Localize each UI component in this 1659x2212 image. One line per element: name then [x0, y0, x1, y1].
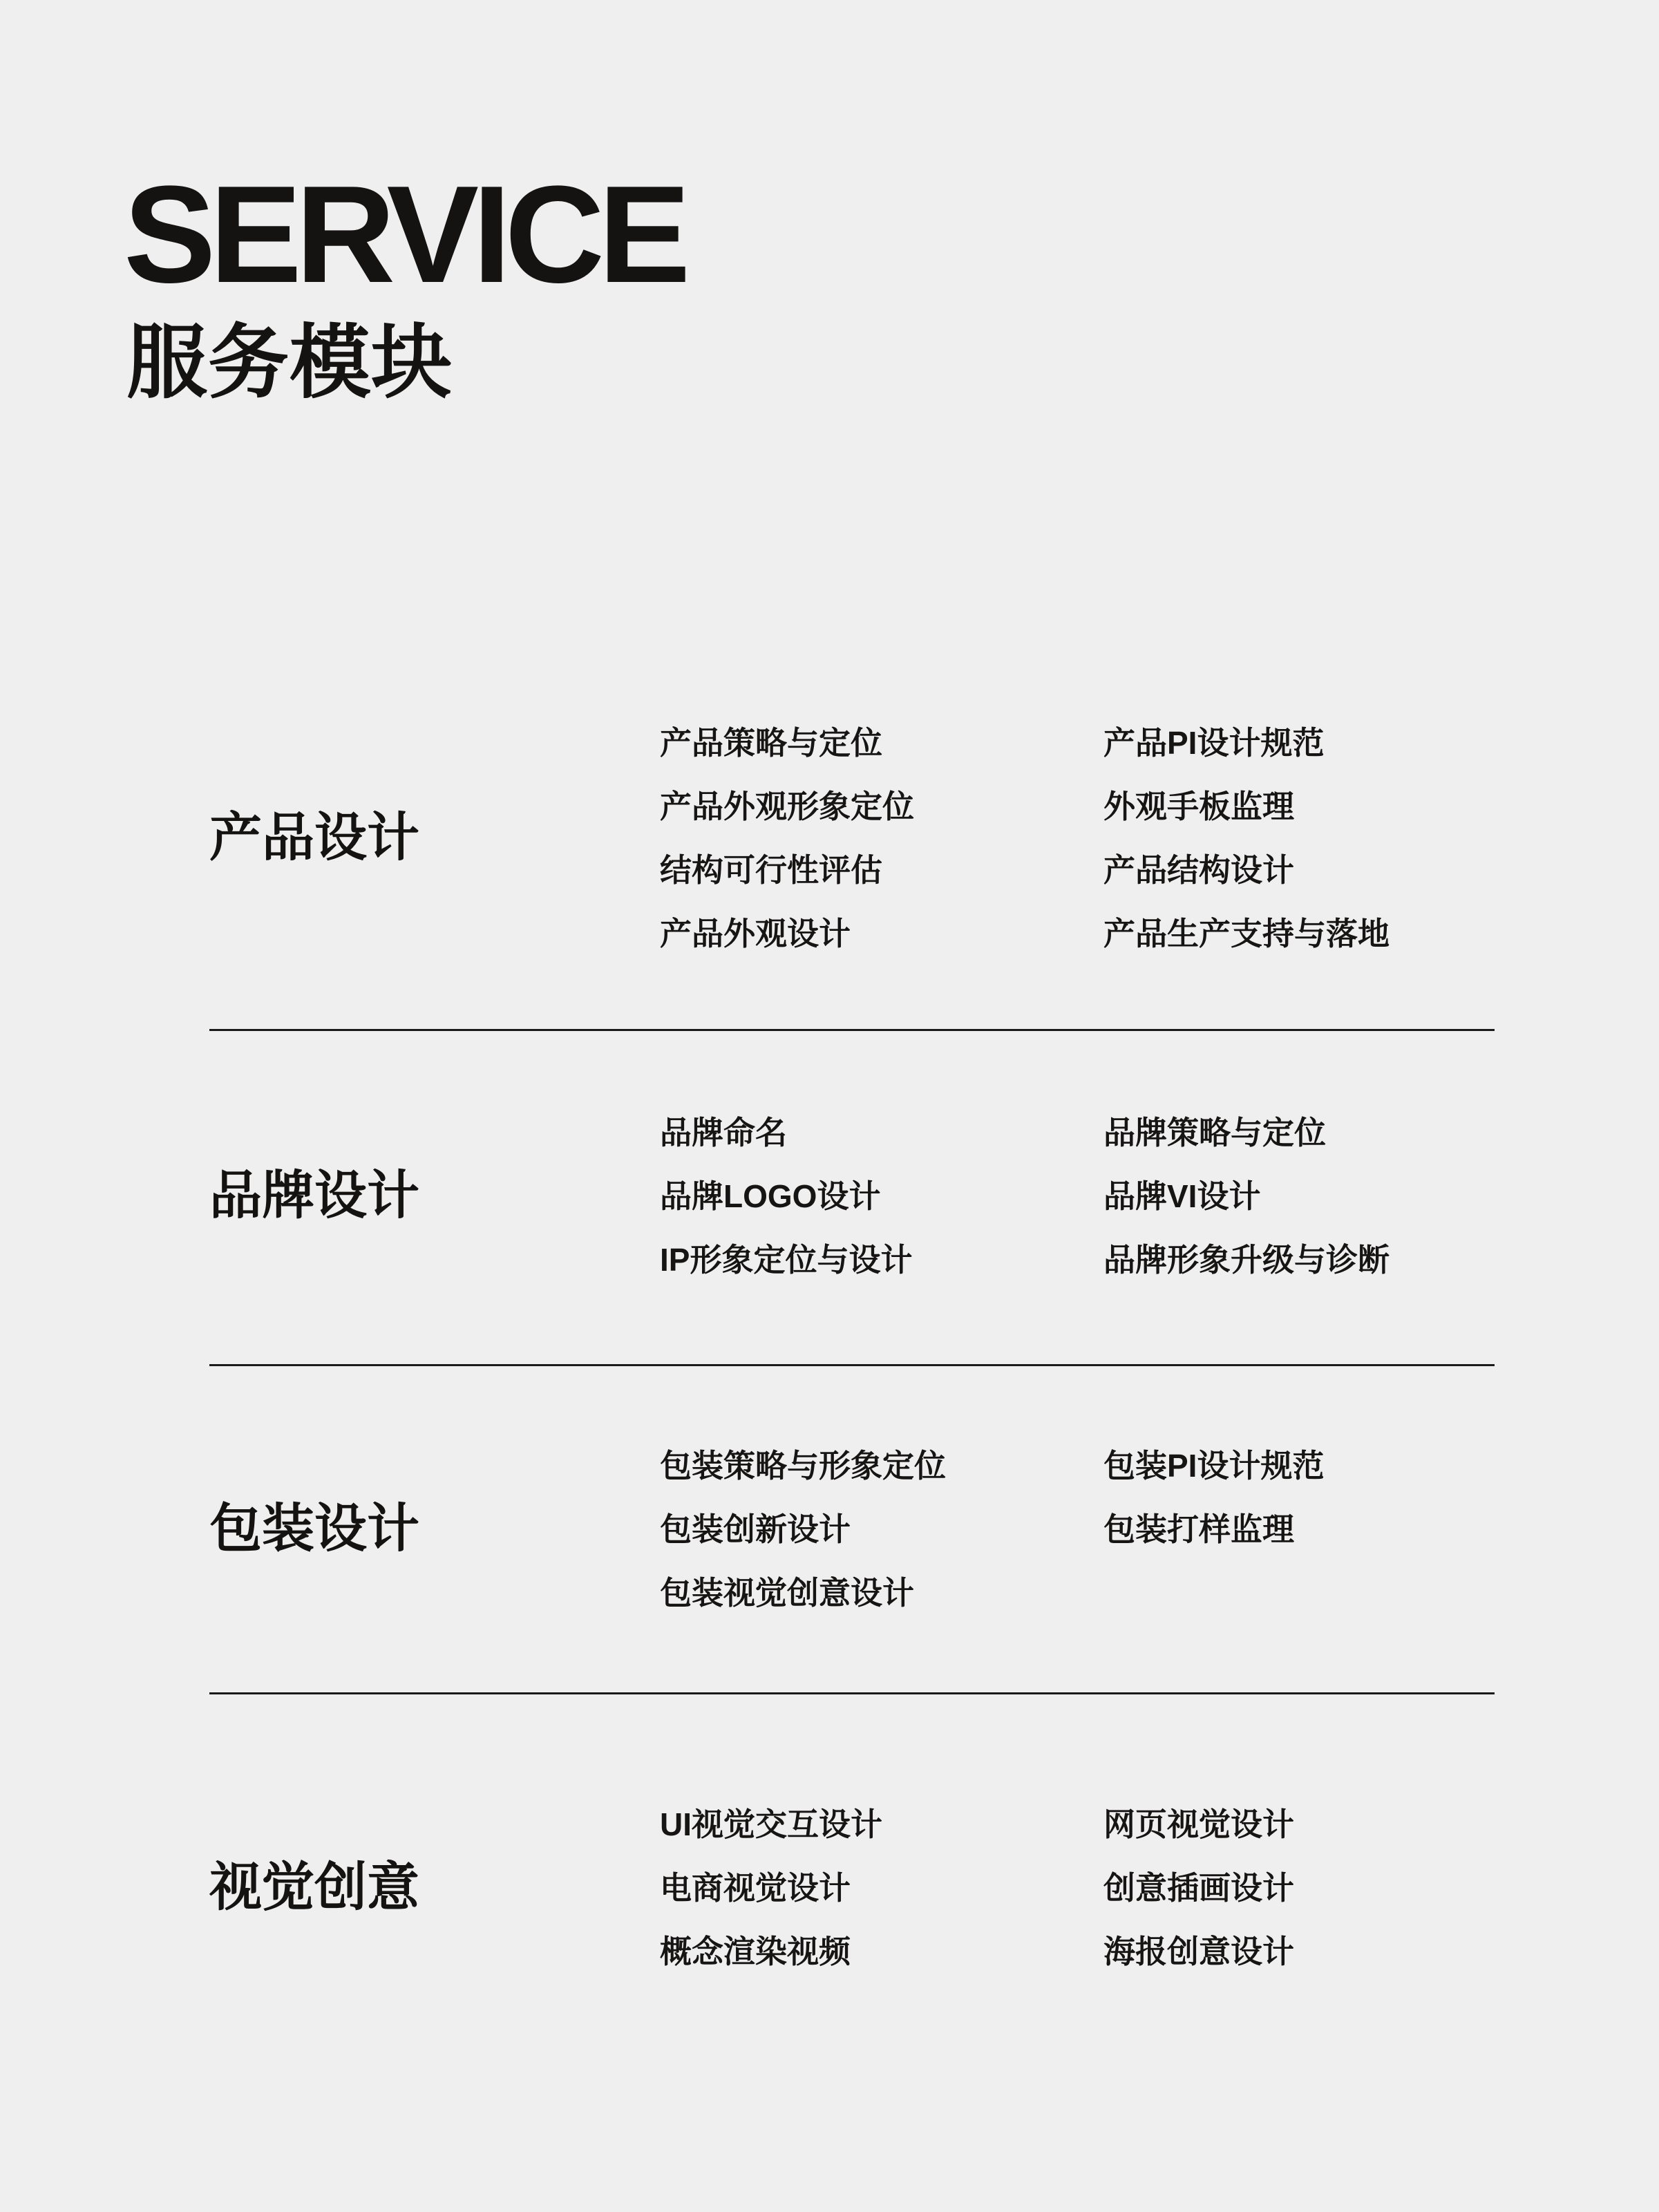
service-item: 包装PI设计规范 [1103, 1434, 1324, 1497]
section-divider [209, 1029, 1495, 1031]
service-item: 电商视觉设计 [660, 1856, 882, 1920]
service-item: 产品结构设计 [1103, 838, 1390, 902]
service-item: 包装视觉创意设计 [660, 1561, 946, 1625]
section-title-brand-design: 品牌设计 [209, 1164, 419, 1228]
service-item: 包装创新设计 [660, 1497, 946, 1561]
packaging-design-column-2: 包装PI设计规范 包装打样监理 [1103, 1434, 1324, 1561]
service-item: 品牌命名 [660, 1101, 912, 1164]
section-divider [209, 1364, 1495, 1366]
section-title-packaging-design: 包装设计 [209, 1497, 419, 1561]
service-item: UI视觉交互设计 [660, 1793, 882, 1856]
service-item: 产品生产支持与落地 [1103, 902, 1390, 965]
service-module-page: SERVICE 服务模块 产品设计 产品策略与定位 产品外观形象定位 结构可行性… [0, 0, 1659, 2212]
service-item: IP形象定位与设计 [660, 1228, 912, 1292]
product-design-column-1: 产品策略与定位 产品外观形象定位 结构可行性评估 产品外观设计 [660, 711, 914, 965]
visual-creative-column-2: 网页视觉设计 创意插画设计 海报创意设计 [1103, 1793, 1294, 1983]
visual-creative-column-1: UI视觉交互设计 电商视觉设计 概念渲染视频 [660, 1793, 882, 1983]
service-item: 包装打样监理 [1103, 1497, 1324, 1561]
service-item: 包装策略与形象定位 [660, 1434, 946, 1497]
brand-design-column-2: 品牌策略与定位 品牌VI设计 品牌形象升级与诊断 [1103, 1101, 1390, 1292]
service-item: 品牌VI设计 [1103, 1164, 1390, 1228]
service-item: 外观手板监理 [1103, 775, 1390, 838]
page-title-chinese: 服务模块 [126, 319, 453, 406]
service-item: 海报创意设计 [1103, 1920, 1294, 1983]
service-item: 创意插画设计 [1103, 1856, 1294, 1920]
service-item: 品牌形象升级与诊断 [1103, 1228, 1390, 1292]
packaging-design-column-1: 包装策略与形象定位 包装创新设计 包装视觉创意设计 [660, 1434, 946, 1625]
section-divider [209, 1692, 1495, 1694]
service-item: 品牌策略与定位 [1103, 1101, 1390, 1164]
service-item: 产品策略与定位 [660, 711, 914, 775]
service-item: 产品外观形象定位 [660, 775, 914, 838]
brand-design-column-1: 品牌命名 品牌LOGO设计 IP形象定位与设计 [660, 1101, 912, 1292]
service-item: 结构可行性评估 [660, 838, 914, 902]
section-title-visual-creative: 视觉创意 [209, 1856, 419, 1920]
service-item: 品牌LOGO设计 [660, 1164, 912, 1228]
product-design-column-2: 产品PI设计规范 外观手板监理 产品结构设计 产品生产支持与落地 [1103, 711, 1390, 965]
service-item: 概念渲染视频 [660, 1920, 882, 1983]
service-item: 产品PI设计规范 [1103, 711, 1390, 775]
service-item: 产品外观设计 [660, 902, 914, 965]
page-title-english: SERVICE [124, 166, 684, 304]
section-title-product-design: 产品设计 [209, 806, 419, 870]
service-item: 网页视觉设计 [1103, 1793, 1294, 1856]
